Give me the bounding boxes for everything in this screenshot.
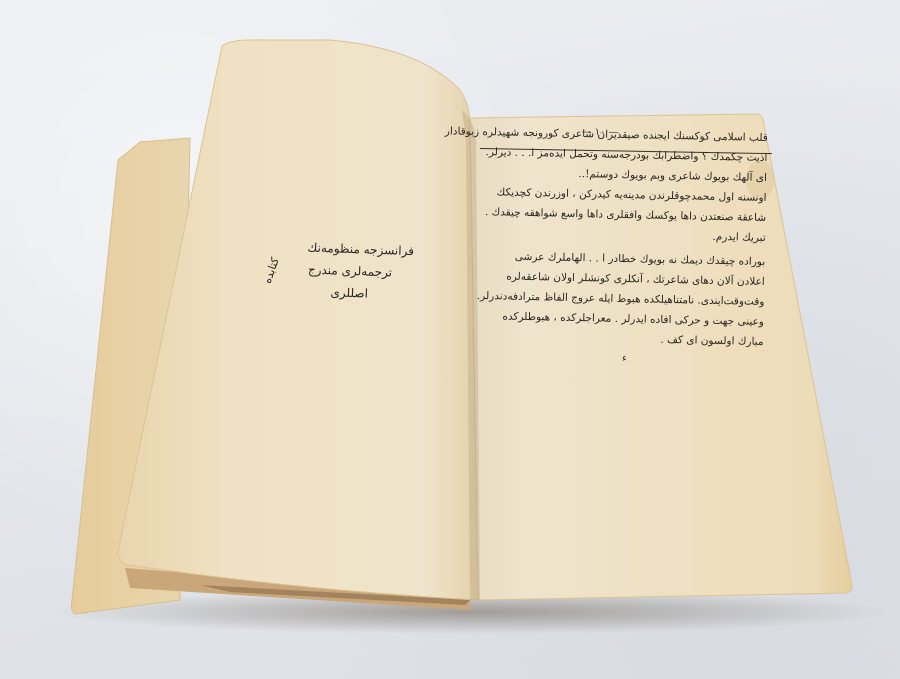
photo-scene: — ١٠ — قلب اسلامى كوكسنك ايجنده صيقديران…	[0, 0, 900, 679]
stray-ink-mark: ء	[622, 353, 627, 364]
open-book	[0, 0, 900, 679]
left-page	[118, 40, 478, 600]
left-page-heading: فرانسزجه منظومه‌نك ترجمه‌لرى مندرج اصللر…	[249, 235, 451, 308]
right-page-text: قلب اسلامى كوكسنك ايجنده صيقديران شاعرى …	[473, 122, 768, 352]
